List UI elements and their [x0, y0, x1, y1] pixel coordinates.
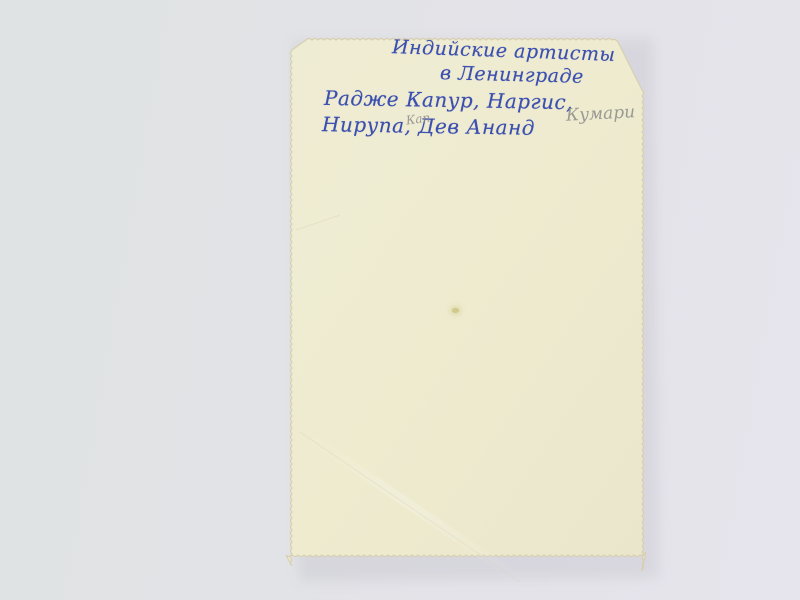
photo-card-back: Индийские артисты в Ленинграде Радже Кап… — [0, 0, 800, 600]
pencil-note-right: Кумари — [566, 102, 636, 126]
caption-title-line-2: в Ленинграде — [440, 62, 584, 88]
caption-names-line-1: Радже Капур, Наргис, — [324, 86, 573, 114]
stain-spot — [452, 308, 459, 313]
